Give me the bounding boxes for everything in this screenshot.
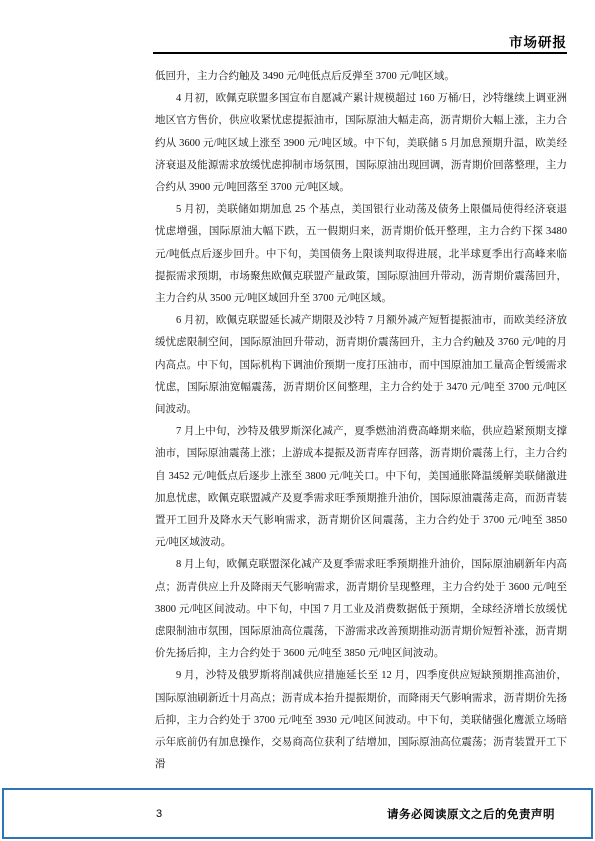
disclaimer-notice: 请务必阅读原文之后的免责声明 xyxy=(387,806,591,822)
paragraph-april: 4 月初，欧佩克联盟多国宣布自愿减产累计规模超过 160 万桶/日，沙特继续上调… xyxy=(155,88,567,199)
footer-frame: 3 请务必阅读原文之后的免责声明 xyxy=(2,788,593,839)
paragraph-july: 7 月上中旬，沙特及俄罗斯深化减产，夏季燃油消费高峰期来临，供应趋紧预期支撑油市… xyxy=(155,421,567,554)
paragraph-june: 6 月初，欧佩克联盟延长减产期限及沙特 7 月额外减产短暂提振油市，而欧美经济放… xyxy=(155,310,567,421)
header-divider xyxy=(153,52,567,54)
paragraph-august: 8 月上旬，欧佩克联盟深化减产及夏季需求旺季预期推升油价，国际原油刷新年内高点；… xyxy=(155,554,567,665)
paragraph-continuation: 低回升，主力合约触及 3490 元/吨低点后反弹至 3700 元/吨区域。 xyxy=(155,66,567,88)
paragraph-september: 9 月，沙特及俄罗斯将削减供应措施延长至 12 月，四季度供应短缺预期推高油价，… xyxy=(155,665,567,776)
report-page: 市场研报 低回升，主力合约触及 3490 元/吨低点后反弹至 3700 元/吨区… xyxy=(0,0,595,841)
page-number: 3 xyxy=(4,808,162,820)
paragraph-may: 5 月初，美联储如期加息 25 个基点，美国银行业动荡及债务上限僵局使得经济衰退… xyxy=(155,199,567,310)
page-header-title: 市场研报 xyxy=(509,31,567,51)
report-body: 低回升，主力合约触及 3490 元/吨低点后反弹至 3700 元/吨区域。 4 … xyxy=(155,66,567,787)
